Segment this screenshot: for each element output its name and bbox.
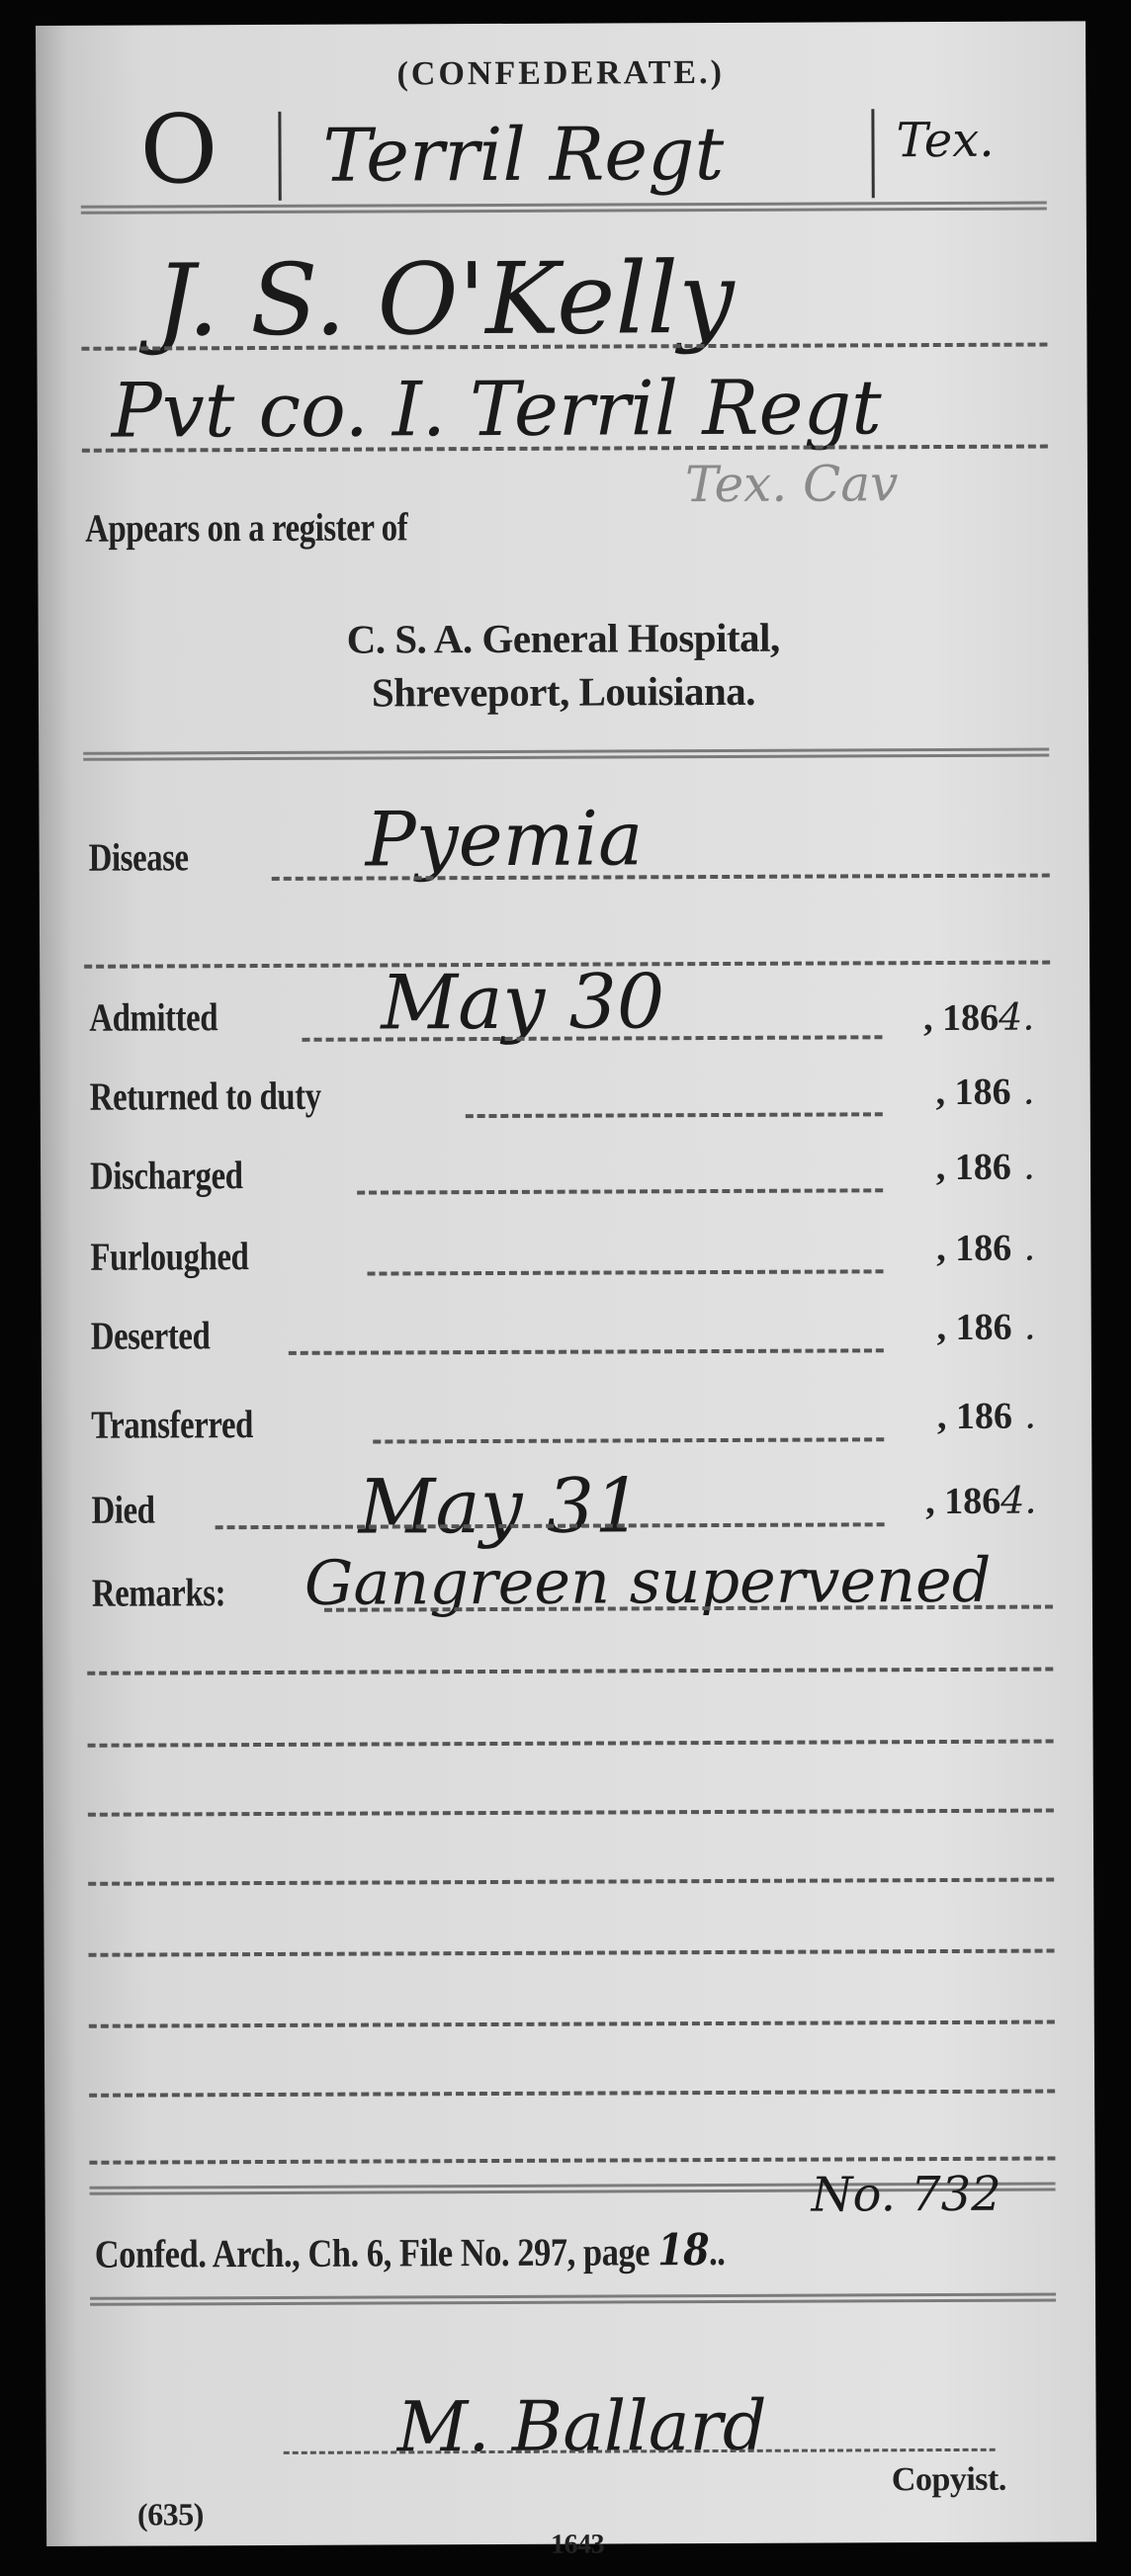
remarks-label: Remarks: — [92, 1569, 255, 1616]
rank-company: Pvt co. I. Terril Regt — [112, 363, 882, 454]
deserted-line — [289, 1348, 884, 1355]
archive-rule-bottom — [90, 2293, 1056, 2306]
appears-on-label: Appears on a register of — [85, 503, 478, 552]
field-label-transferred: Transferred — [91, 1401, 289, 1448]
soldier-name: J. S. O'Kelly — [155, 240, 735, 359]
card-number: 1643 — [551, 2530, 604, 2561]
header-divider — [871, 109, 874, 198]
blank-line — [89, 2020, 1055, 2028]
form-number: (635) — [137, 2496, 204, 2533]
archive-reference: Confed. Arch., Ch. 6, File No. 297, page… — [95, 2225, 828, 2278]
returned-line — [466, 1112, 883, 1118]
blank-line — [89, 1949, 1055, 1957]
service-record-card: (CONFEDERATE.) O Terril Regt Tex. J. S. … — [36, 21, 1096, 2546]
header-unit: Terril Regt — [322, 112, 724, 199]
copyist-label: Copyist. — [892, 2461, 1006, 2500]
returned-year: , 186 . — [935, 1070, 1034, 1114]
field-label-disease: Disease — [89, 833, 211, 881]
furloughed-line — [368, 1269, 884, 1275]
field-value-disease: Pyemia — [365, 794, 643, 883]
field-value-died: May 31 — [358, 1461, 642, 1550]
field-label-died: Died — [91, 1486, 168, 1532]
field-label-furloughed: Furloughed — [90, 1233, 283, 1280]
heading: (CONFEDERATE.) — [36, 52, 1086, 95]
deserted-year: , 186 . — [936, 1305, 1035, 1349]
field-value-admitted: May 30 — [381, 957, 664, 1046]
died-year: , 1864. — [925, 1479, 1036, 1523]
unit-annotation: Tex. Cav — [685, 455, 899, 513]
archive-page: 18 — [657, 2225, 709, 2275]
header-initial: O — [139, 94, 217, 205]
blank-line — [88, 1809, 1054, 1817]
field-label-admitted: Admitted — [89, 993, 245, 1041]
copyist-signature: M. Ballard — [396, 2385, 766, 2468]
discharged-line — [357, 1188, 883, 1194]
furloughed-year: , 186 . — [936, 1226, 1035, 1270]
field-label-returned-to-duty: Returned to duty — [90, 1073, 373, 1120]
admitted-year: , 1864. — [923, 995, 1034, 1040]
blank-line — [89, 2157, 1055, 2165]
transferred-year: , 186 . — [937, 1394, 1036, 1438]
blank-line — [87, 1668, 1053, 1675]
field-label-discharged: Discharged — [90, 1152, 277, 1199]
institution-rule — [83, 748, 1049, 761]
field-label-deserted: Deserted — [91, 1312, 236, 1359]
blank-line — [88, 1878, 1054, 1886]
blank-line — [88, 1740, 1054, 1748]
register-number: No. 732 — [811, 2167, 1000, 2223]
header-state: Tex. — [896, 113, 994, 168]
institution-location: Shreveport, Louisiana. — [39, 665, 1088, 718]
header-divider — [278, 112, 281, 201]
discharged-year: , 186 . — [936, 1145, 1035, 1189]
institution-name: C. S. A. General Hospital, — [39, 612, 1088, 664]
header-rule — [81, 202, 1047, 215]
transferred-line — [373, 1437, 884, 1443]
blank-line — [89, 2090, 1055, 2098]
